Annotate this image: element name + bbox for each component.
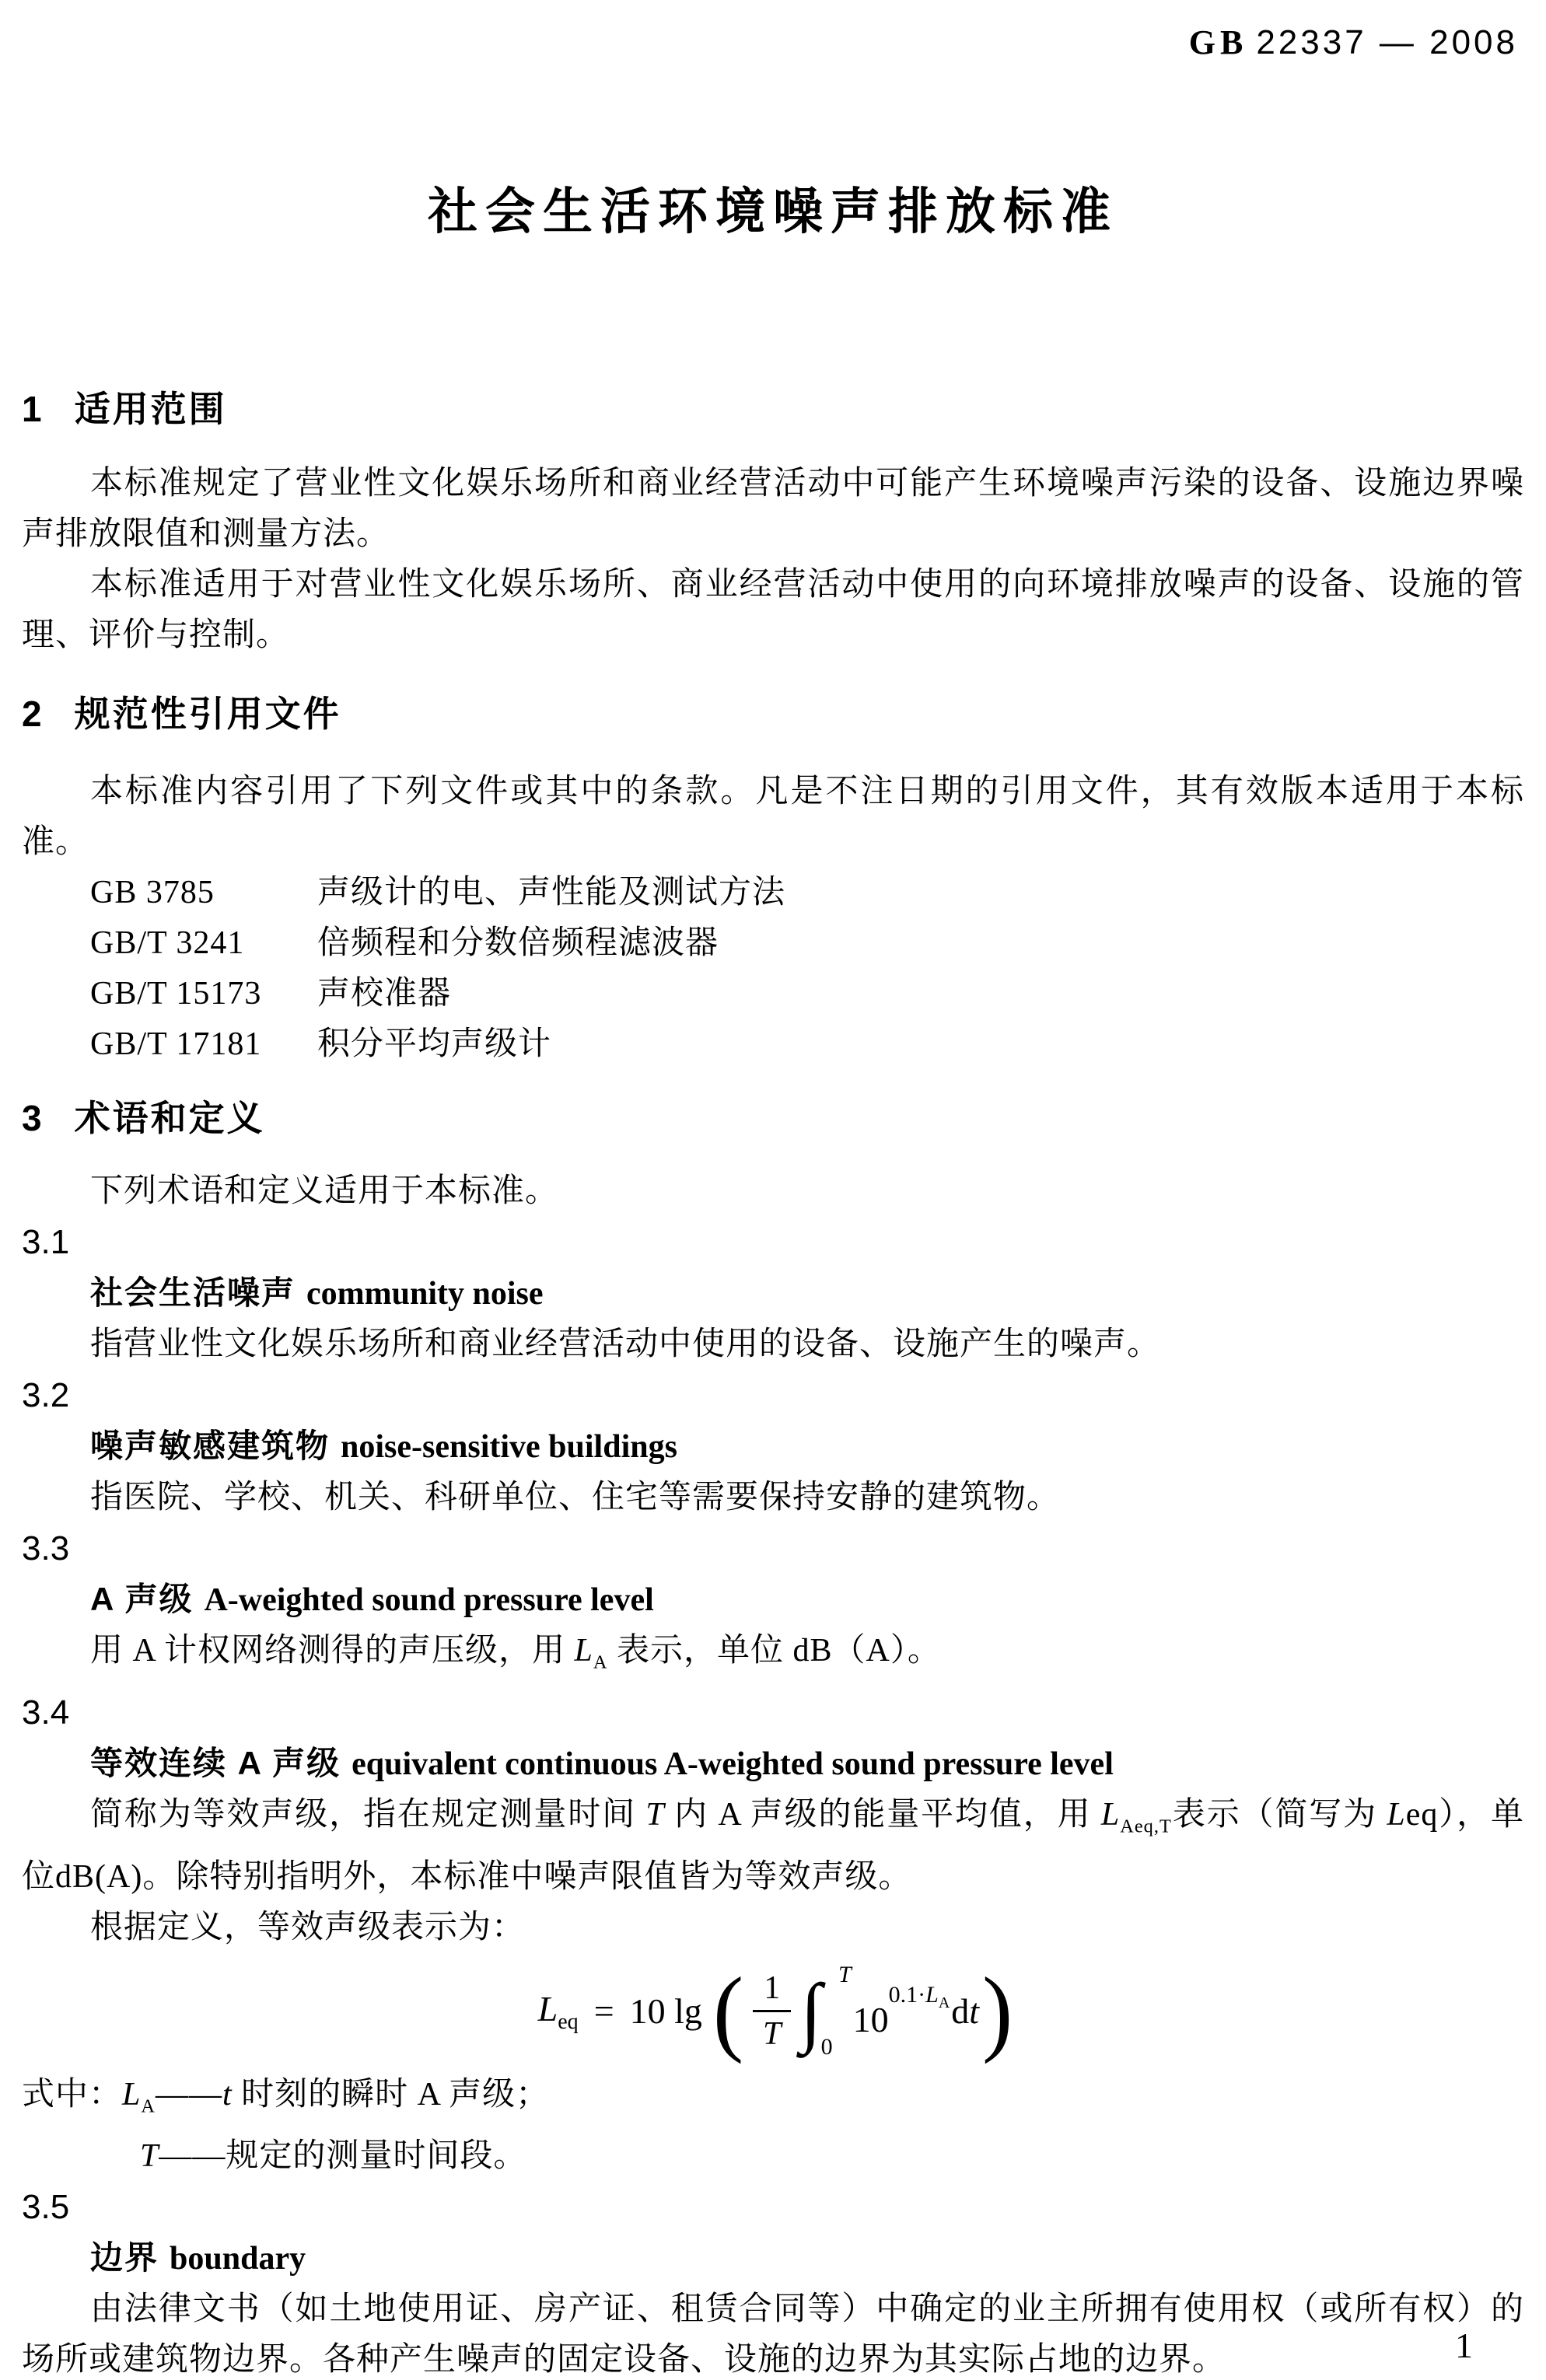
definition-text: 内 A 声级的能量平均值，用 (665, 1797, 1101, 1833)
section-2-label: 规范性引用文件 (75, 694, 341, 734)
doc-code-number: 22337 — 2008 (1256, 23, 1518, 61)
exponent-subscript-A: A (939, 1994, 950, 2011)
formula-variable-T: T (645, 1797, 664, 1833)
reference-title: 积分平均声级计 (317, 1026, 551, 1062)
document-page: GB 22337 — 2008 社会生活环境噪声排放标准 1适用范围 本标准规定… (0, 0, 1546, 2380)
power-base: 10 (853, 2000, 889, 2039)
formula-subscript-A: A (141, 2095, 156, 2116)
differential-d: d (951, 1991, 969, 2031)
term-3-5-number: 3.5 (22, 2182, 1524, 2232)
formula-variable-Leq: L (1387, 1797, 1405, 1833)
fraction-one-over-T: 1 T (753, 1969, 791, 2053)
term-3-1-zh: 社会生活噪声 (90, 1274, 296, 1311)
formula-subscript-A: A (593, 1651, 608, 1672)
term-3-1-number: 3.1 (22, 1217, 1524, 1267)
exponent-variable-L: L (925, 1982, 939, 2008)
formula-variable-T: T (140, 2138, 159, 2174)
term-3-3-number: 3.3 (22, 1523, 1524, 1574)
section-1-number: 1 (22, 389, 42, 429)
integral-glyph: ∫ (800, 1968, 821, 2054)
section-3-number: 3 (22, 1098, 42, 1138)
equals-sign: = (594, 1990, 614, 2032)
reference-title: 声校准器 (317, 976, 451, 1012)
term-3-2-zh: 噪声敏感建筑物 (90, 1428, 330, 1464)
term-3-4-number: 3.4 (22, 1687, 1524, 1738)
open-paren: ( (713, 1963, 743, 2060)
formula-text-eq: eq (1406, 1797, 1439, 1833)
reference-code: GB/T 17181 (90, 1019, 317, 1070)
dash: —— (156, 2077, 222, 2113)
term-3-2-heading: 噪声敏感建筑物noise-sensitive buildings (22, 1421, 1524, 1473)
fraction-denominator: T (763, 2012, 781, 2053)
differential-variable-t: t (969, 1991, 979, 2031)
section-3-label: 术语和定义 (75, 1098, 265, 1138)
where-text: 规定的测量时间段。 (226, 2138, 526, 2174)
leq-formula: Leq = 10 lg ( 1 T ∫T0 100.1·LA dt ) (22, 1953, 1524, 2070)
term-3-1-heading: 社会生活噪声community noise (22, 1267, 1524, 1319)
power-exponent: 0.1·LA (889, 1982, 950, 2008)
differential-term: dt (951, 1990, 979, 2032)
reference-row: GB/T 17181积分平均声级计 (22, 1019, 1524, 1070)
term-3-4-heading: 等效连续 A 声级equivalent continuous A-weighte… (22, 1738, 1524, 1790)
section-1-heading: 1适用范围 (22, 389, 1524, 429)
integral-sign: ∫T0 (797, 1976, 852, 2046)
fraction-numerator: 1 (753, 1969, 791, 2012)
term-3-3-zh: A 声级 (90, 1581, 193, 1617)
exponent-coefficient: 0.1· (889, 1982, 926, 2008)
term-3-5-en: boundary (170, 2241, 306, 2277)
where-text: 时刻的瞬时 A 声级； (233, 2077, 550, 2113)
term-3-2-en: noise-sensitive buildings (341, 1429, 677, 1465)
definition-text: 用 A 计权网络测得的声压级，用 (90, 1633, 575, 1669)
section-2-number: 2 (22, 694, 42, 734)
reference-title: 倍频程和分数倍频程滤波器 (317, 925, 719, 961)
term-3-3-definition: 用 A 计权网络测得的声压级，用 LA 表示，单位 dB（A）。 (22, 1626, 1524, 1687)
term-3-4-zh: 等效连续 A 声级 (90, 1745, 341, 1781)
formula-variable-t: t (222, 2077, 233, 2113)
term-3-5-zh: 边界 (90, 2239, 159, 2276)
section-2-intro: 本标准内容引用了下列文件或其中的条款。凡是不注日期的引用文件，其有效版本适用于本… (22, 767, 1524, 868)
reference-title: 声级计的电、声性能及测试方法 (317, 875, 785, 910)
dash: —— (159, 2138, 226, 2174)
section-2-heading: 2规范性引用文件 (22, 694, 1524, 734)
integral-lower-limit: 0 (821, 2036, 833, 2057)
formula-lhs: Leq (538, 1988, 579, 2035)
term-3-4-paragraph-2: 根据定义，等效声级表示为： (22, 1903, 1524, 1953)
doc-header: GB 22337 — 2008 (22, 22, 1524, 64)
reference-row: GB/T 3241倍频程和分数倍频程滤波器 (22, 918, 1524, 969)
section-3-intro: 下列术语和定义适用于本标准。 (22, 1166, 1524, 1217)
definition-text: 简称为等效声级，指在规定测量时间 (90, 1797, 645, 1833)
formula-variable-L: L (538, 1989, 558, 2029)
formula-coefficient: 10 lg (630, 1990, 702, 2032)
term-3-5-definition: 由法律文书（如土地使用证、房产证、租赁合同等）中确定的业主所拥有使用权（或所有权… (22, 2284, 1524, 2380)
formula-subscript-eq: eq (558, 2010, 578, 2034)
term-3-5-heading: 边界boundary (22, 2232, 1524, 2284)
integral-upper-limit: T (838, 1964, 852, 1985)
term-3-3-en: A-weighted sound pressure level (204, 1582, 653, 1618)
formula-subscript-AeqT: Aeq,T (1120, 1816, 1172, 1837)
term-3-4-en: equivalent continuous A-weighted sound p… (352, 1746, 1114, 1782)
term-3-4-paragraph-1: 简称为等效声级，指在规定测量时间 T 内 A 声级的能量平均值，用 LAeq,T… (22, 1790, 1524, 1902)
where-clause-line-2: T——规定的测量时间段。 (22, 2131, 1524, 2182)
formula-variable-LA: L (575, 1633, 593, 1669)
doc-code-label: GB (1189, 23, 1248, 61)
reference-row: GB 3785声级计的电、声性能及测试方法 (22, 868, 1524, 918)
term-3-3-heading: A 声级A-weighted sound pressure level (22, 1574, 1524, 1626)
term-3-2-definition: 指医院、学校、机关、科研单位、住宅等需要保持安静的建筑物。 (22, 1473, 1524, 1523)
term-3-1-en: community noise (306, 1276, 544, 1312)
reference-code: GB/T 15173 (90, 969, 317, 1019)
reference-code: GB 3785 (90, 868, 317, 918)
page-title: 社会生活环境噪声排放标准 (22, 182, 1524, 241)
term-3-1-definition: 指营业性文化娱乐场所和商业经营活动中使用的设备、设施产生的噪声。 (22, 1319, 1524, 1370)
term-3-2-number: 3.2 (22, 1370, 1524, 1421)
section-1-paragraph-1: 本标准规定了营业性文化娱乐场所和商业经营活动中可能产生环境噪声污染的设备、设施边… (22, 459, 1524, 560)
section-3-heading: 3术语和定义 (22, 1098, 1524, 1138)
formula-variable-LA: L (122, 2077, 141, 2113)
reference-code: GB/T 3241 (90, 918, 317, 969)
page-number: 1 (1455, 2326, 1473, 2365)
where-clause-line-1: 式中：LA——t 时刻的瞬时 A 声级； (22, 2070, 1524, 2131)
definition-text: 表示（简写为 (1172, 1797, 1387, 1833)
power-term: 100.1·LA (853, 1982, 950, 2040)
section-1-label: 适用范围 (75, 389, 227, 429)
definition-text: 表示，单位 dB（A）。 (607, 1633, 940, 1669)
formula-variable-LAeqT: L (1101, 1797, 1120, 1833)
section-1-paragraph-2: 本标准适用于对营业性文化娱乐场所、商业经营活动中使用的向环境排放噪声的设备、设施… (22, 560, 1524, 661)
close-paren: ) (982, 1963, 1013, 2060)
reference-row: GB/T 15173声校准器 (22, 969, 1524, 1019)
where-label: 式中： (22, 2077, 122, 2113)
